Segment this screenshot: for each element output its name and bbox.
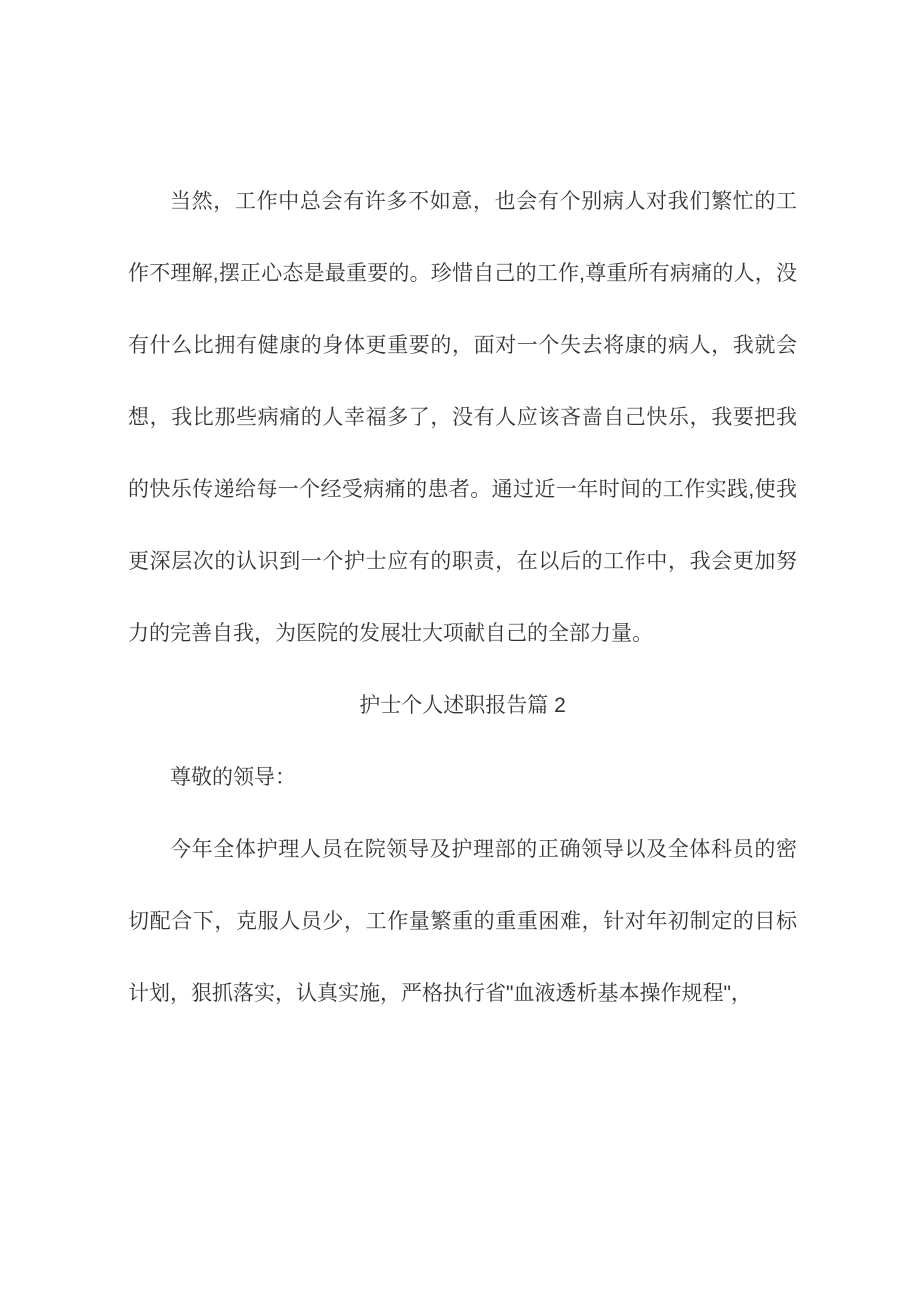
salutation-paragraph: 尊敬的领导： [128, 742, 797, 814]
body-paragraph-2: 今年全体护理人员在院领导及护理部的正确领导以及全体科员的密切配合下，克服人员少，… [128, 814, 797, 1030]
report-heading: 护士个人述职报告篇 2 [128, 670, 797, 742]
document-page: 当然，工作中总会有许多不如意，也会有个别病人对我们繁忙的工作不理解,摆正心态是最… [0, 0, 920, 1301]
document-body: 当然，工作中总会有许多不如意，也会有个别病人对我们繁忙的工作不理解,摆正心态是最… [128, 166, 797, 1030]
body-paragraph-1: 当然，工作中总会有许多不如意，也会有个别病人对我们繁忙的工作不理解,摆正心态是最… [128, 166, 797, 670]
